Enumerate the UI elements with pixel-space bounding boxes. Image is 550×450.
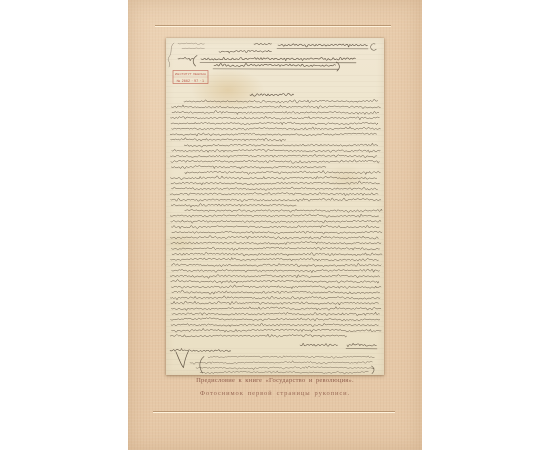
mount-card: ИНСТИТУТ ЛЕНИНА№ 2662 · 97 · 1 Предислов… <box>128 0 422 450</box>
catalog-page: ИНСТИТУТ ЛЕНИНА№ 2662 · 97 · 1 Предислов… <box>0 0 550 450</box>
bottom-rule-line <box>153 411 395 413</box>
manuscript-signature-script <box>344 340 379 350</box>
top-rule-line <box>155 25 391 27</box>
manuscript-body-script <box>170 98 380 340</box>
caption-subtitle: Фотоснимок первой страницы рукописи. <box>128 390 422 397</box>
caption-title: Предисловие к книге «Государство и револ… <box>128 377 422 384</box>
manuscript-footnote-script <box>188 353 378 375</box>
manuscript-title-script <box>277 40 370 50</box>
manuscript-date-script <box>298 340 340 350</box>
manuscript-subtitle-script <box>178 54 358 71</box>
manuscript-photo: ИНСТИТУТ ЛЕНИНА№ 2662 · 97 · 1 <box>166 38 384 375</box>
archive-stamp <box>173 70 209 84</box>
